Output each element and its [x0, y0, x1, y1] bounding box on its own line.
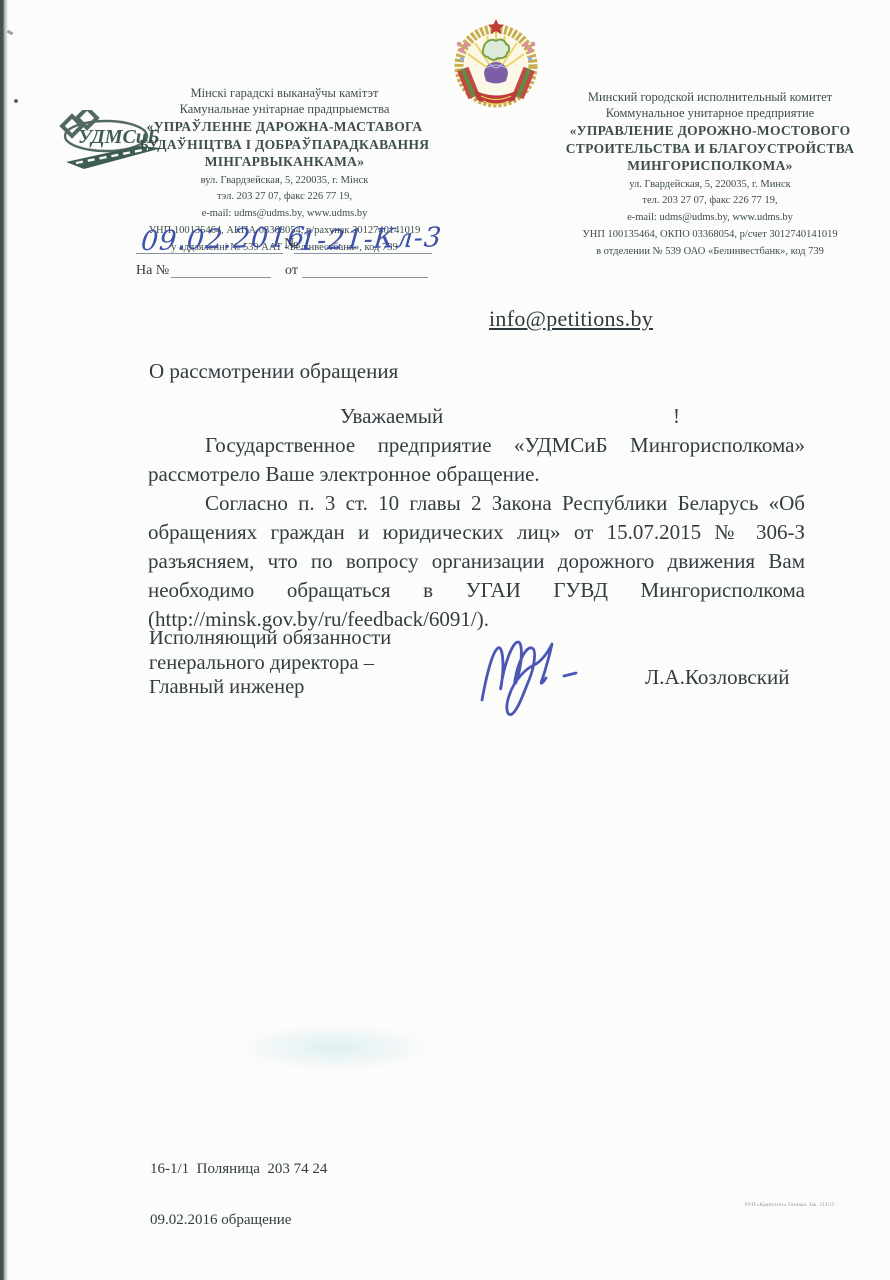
address-line: ул. Гвардейская, 5, 220035, г. Минск — [542, 180, 878, 191]
signer-name: Л.А.Козловский — [645, 665, 789, 690]
number-sign-label: № — [284, 236, 298, 253]
executor-note: 16-1/1 Поляница 203 74 24 09.02.2016 обр… — [150, 1127, 327, 1246]
org-type-line: Камунальнае унітарнае прадпрыемства — [112, 102, 457, 118]
executor-line: 16-1/1 Поляница 203 74 24 — [150, 1161, 327, 1178]
signer-position: Исполняющий обязанности генерального дир… — [149, 626, 391, 700]
org-name-line: СТРОИТЕЛЬСТВА И БЛАГОУСТРОЙСТВА — [542, 142, 878, 157]
signer-position-line: Исполняющий обязанности — [149, 626, 391, 651]
phone-line: тэл. 203 27 07, факс 226 77 19, — [112, 192, 457, 203]
org-name-line: БУДАЎНІЦТВА І ДОБРАЎПАРАДКАВАННЯ — [112, 138, 457, 153]
org-type-line: Коммунальное унитарное предприятие — [542, 106, 878, 122]
number-underline — [294, 253, 432, 254]
scan-smudge — [235, 1025, 435, 1070]
bank-line: в отделении № 539 ОАО «Белинвестбанк», к… — [542, 247, 878, 258]
letterhead-russian: Минский городской исполнительный комитет… — [542, 90, 878, 257]
reply-from-label: от — [285, 263, 298, 279]
reply-number-blank — [171, 277, 271, 278]
letter-body: Уважаемый ! Государственное предприятие … — [148, 402, 805, 634]
subject-line: О рассмотрении обращения — [149, 359, 398, 384]
print-shop-mark: РУП «Криптотех» Гознака. Зак. 313/15 — [745, 1203, 835, 1208]
recipient-email: info@petitions.by — [489, 306, 653, 332]
signer-position-line: генерального директора – — [149, 651, 391, 676]
handwritten-date: 09.02.2016 — [140, 222, 307, 257]
parent-org-line: Мінскі гарадскі выканаўчы камітэт — [112, 86, 457, 102]
org-name-line: МІНГАРВЫКАНКАМА» — [112, 155, 457, 170]
phone-line: тел. 203 27 07, факс 226 77 19, — [542, 196, 878, 207]
org-name-line: «УПРАВЛЕНИЕ ДОРОЖНО-МОСТОВОГО — [542, 124, 878, 139]
org-name-line: «УПРАЎЛЕННЕ ДАРОЖНА-МАСТАВОГА — [112, 120, 457, 135]
salutation-line: Уважаемый ! — [148, 402, 805, 431]
reply-to-label: На № — [136, 263, 169, 279]
org-name-line: МИНГОРИСПОЛКОМА» — [542, 159, 878, 174]
reply-date-blank — [302, 277, 428, 278]
paragraph: Государственное предприятие «УДМСиБ Минг… — [148, 431, 805, 489]
salutation: Уважаемый — [340, 402, 443, 431]
executor-line: 09.02.2016 обращение — [150, 1212, 327, 1229]
salutation-exclamation: ! — [673, 402, 680, 431]
address-line: вул. Гвардзейская, 5, 220035, г. Мінск — [112, 176, 457, 187]
scan-speck — [14, 99, 18, 103]
email-line: e-mail: udms@udms.by, www.udms.by — [112, 209, 457, 220]
scanner-edge-artifact — [0, 0, 8, 1280]
date-underline — [136, 253, 283, 254]
handwritten-signature — [468, 618, 598, 728]
parent-org-line: Минский городской исполнительный комитет — [542, 90, 878, 106]
bank-line: УНП 100135464, ОКПО 03368054, р/счет 301… — [542, 230, 878, 241]
handwritten-ref-number: 1-21-Кл-3 — [298, 222, 444, 257]
belarus-coat-of-arms-icon — [450, 16, 542, 108]
signer-position-line: Главный инженер — [149, 675, 391, 700]
paragraph: Согласно п. 3 ст. 10 главы 2 Закона Респ… — [148, 489, 805, 634]
email-line: e-mail: udms@udms.by, www.udms.by — [542, 213, 878, 224]
